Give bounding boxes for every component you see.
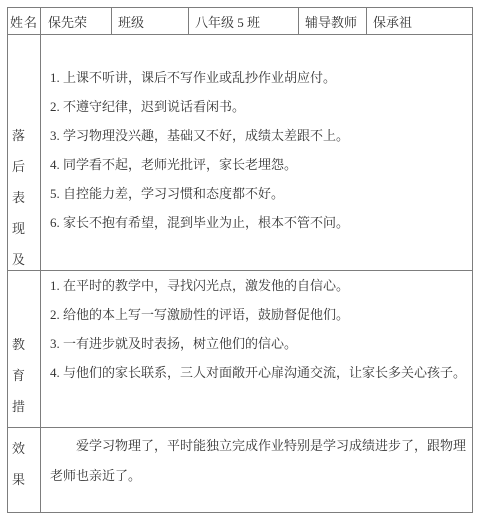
- measures-item: 3. 一有进步就及时表扬，树立他们的信心。: [50, 329, 466, 358]
- behind-item: 4. 同学看不起，老师光批评，家长老埋怨。: [50, 150, 466, 179]
- behind-item: 1. 上课不听讲，课后不写作业或乱抄作业胡应付。: [50, 63, 466, 92]
- measures-content-cell: 1. 在平时的教学中，寻找闪光点，激发他的自信心。 2. 给他的本上写一写激励性…: [41, 271, 472, 427]
- student-tutoring-record-page: 姓名 保先荣 班级 八年级 5 班 辅导教师 保承祖 落后 表现 及原 因 1.…: [0, 0, 479, 522]
- teacher-value-cell: 保承祖: [367, 8, 472, 34]
- effect-label-cell: 效 果: [8, 428, 41, 512]
- measures-item: 2. 给他的本上写一写激励性的评语，鼓励督促他们。: [50, 300, 466, 329]
- name-label-cell: 姓名: [8, 8, 41, 34]
- measures-label-cell: 教育 措施: [8, 271, 41, 427]
- behind-label: 落后 表现 及原 因: [12, 120, 40, 270]
- record-table: 姓名 保先荣 班级 八年级 5 班 辅导教师 保承祖 落后 表现 及原 因 1.…: [7, 7, 473, 513]
- section-effect: 效 果 爱学习物理了，平时能独立完成作业特别是学习成绩进步了，跟物理老师也亲近了…: [8, 428, 472, 512]
- name-value-cell: 保先荣: [41, 8, 112, 34]
- behind-item: 5. 自控能力差，学习习惯和态度都不好。: [50, 179, 466, 208]
- measures-item: 1. 在平时的教学中，寻找闪光点，激发他的自信心。: [50, 271, 466, 300]
- effect-label: 效 果: [12, 433, 28, 495]
- behind-item: 3. 学习物理没兴趣，基础又不好，成绩太差跟不上。: [50, 121, 466, 150]
- behind-item: 2. 不遵守纪律，迟到说话看闲书。: [50, 92, 466, 121]
- class-label-cell: 班级: [112, 8, 189, 34]
- effect-content-cell: 爱学习物理了，平时能独立完成作业特别是学习成绩进步了，跟物理老师也亲近了。: [41, 428, 472, 512]
- behind-item: 6. 家长不抱有希望，混到毕业为止，根本不管不问。: [50, 208, 466, 237]
- behind-label-cell: 落后 表现 及原 因: [8, 35, 41, 270]
- section-behind-performance: 落后 表现 及原 因 1. 上课不听讲，课后不写作业或乱抄作业胡应付。 2. 不…: [8, 35, 472, 271]
- behind-content-cell: 1. 上课不听讲，课后不写作业或乱抄作业胡应付。 2. 不遵守纪律，迟到说话看闲…: [41, 35, 472, 270]
- measures-item: 4. 与他们的家长联系，三人对面敞开心扉沟通交流，让家长多关心孩子。: [50, 358, 466, 387]
- class-value-cell: 八年级 5 班: [189, 8, 299, 34]
- measures-label: 教育 措施: [12, 329, 40, 427]
- header-row: 姓名 保先荣 班级 八年级 5 班 辅导教师 保承祖: [8, 8, 472, 35]
- effect-text: 爱学习物理了，平时能独立完成作业特别是学习成绩进步了，跟物理老师也亲近了。: [50, 431, 466, 491]
- teacher-label-cell: 辅导教师: [299, 8, 367, 34]
- section-education-measures: 教育 措施 1. 在平时的教学中，寻找闪光点，激发他的自信心。 2. 给他的本上…: [8, 271, 472, 428]
